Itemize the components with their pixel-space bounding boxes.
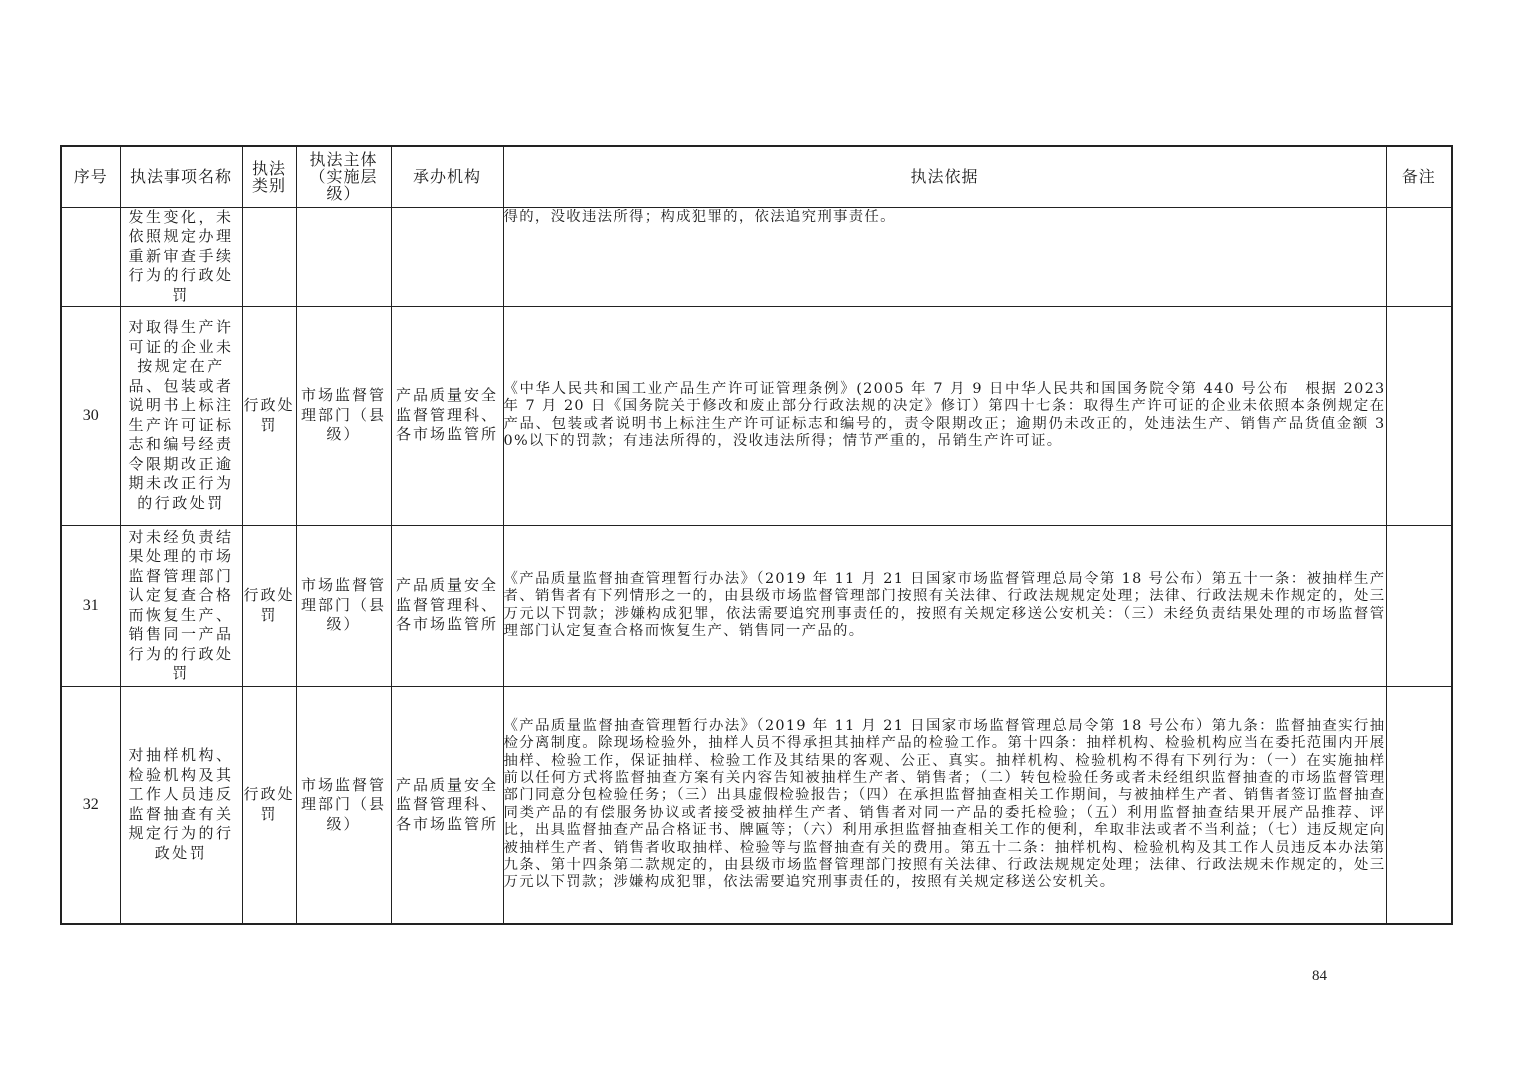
row-category: 行政处罚 — [242, 686, 296, 924]
header-category-line-2: 类别 — [243, 177, 296, 194]
header-category: 执法 类别 — [242, 146, 296, 207]
document-page: 序号 执法事项名称 执法 类别 执法主体 （实施层 级） 承办机构 执法依据 备… — [0, 0, 1520, 1074]
table-row: 32 对抽样机构、检验机构及其工作人员违反监督抽查有关规定行为的行政处罚 行政处… — [61, 686, 1452, 924]
row-basis: 得的，没收违法所得；构成犯罪的，依法追究刑事责任。 — [503, 207, 1386, 306]
row-name: 对取得生产许可证的企业未按规定在产品、包装或者说明书上标注生产许可证标志和编号经… — [120, 306, 242, 525]
row-seq: 32 — [61, 686, 120, 924]
row-note — [1386, 207, 1452, 306]
row-basis: 《产品质量监督抽查管理暂行办法》（2019 年 11 月 21 日国家市场监督管… — [503, 525, 1386, 686]
row-seq — [61, 207, 120, 306]
header-seq: 序号 — [61, 146, 120, 207]
row-subject: 市场监督管理部门（县级） — [296, 686, 391, 924]
header-note: 备注 — [1386, 146, 1452, 207]
row-org — [391, 207, 503, 306]
row-basis: 《产品质量监督抽查管理暂行办法》（2019 年 11 月 21 日国家市场监督管… — [503, 686, 1386, 924]
row-name: 发生变化，未依照规定办理重新审查手续行为的行政处罚 — [120, 207, 242, 306]
header-subject: 执法主体 （实施层 级） — [296, 146, 391, 207]
table-row: 发生变化，未依照规定办理重新审查手续行为的行政处罚 得的，没收违法所得；构成犯罪… — [61, 207, 1452, 306]
row-note — [1386, 686, 1452, 924]
page-number: 84 — [1312, 968, 1327, 985]
row-category — [242, 207, 296, 306]
row-seq: 30 — [61, 306, 120, 525]
row-name: 对抽样机构、检验机构及其工作人员违反监督抽查有关规定行为的行政处罚 — [120, 686, 242, 924]
row-org: 产品质量安全监督管理科、各市场监管所 — [391, 686, 503, 924]
law-enforcement-table: 序号 执法事项名称 执法 类别 执法主体 （实施层 级） 承办机构 执法依据 备… — [60, 145, 1453, 925]
row-seq: 31 — [61, 525, 120, 686]
row-category: 行政处罚 — [242, 525, 296, 686]
table-row: 31 对未经负责结果处理的市场监督管理部门认定复查合格而恢复生产、销售同一产品行… — [61, 525, 1452, 686]
row-subject — [296, 207, 391, 306]
header-category-line-1: 执法 — [243, 160, 296, 177]
row-org: 产品质量安全监督管理科、各市场监管所 — [391, 525, 503, 686]
row-note — [1386, 306, 1452, 525]
row-name: 对未经负责结果处理的市场监督管理部门认定复查合格而恢复生产、销售同一产品行为的行… — [120, 525, 242, 686]
table-row: 30 对取得生产许可证的企业未按规定在产品、包装或者说明书上标注生产许可证标志和… — [61, 306, 1452, 525]
row-subject: 市场监督管理部门（县级） — [296, 525, 391, 686]
row-org: 产品质量安全监督管理科、各市场监管所 — [391, 306, 503, 525]
row-subject: 市场监督管理部门（县级） — [296, 306, 391, 525]
row-note — [1386, 525, 1452, 686]
header-name: 执法事项名称 — [120, 146, 242, 207]
header-subject-line-3: 级） — [297, 185, 391, 202]
row-category: 行政处罚 — [242, 306, 296, 525]
table-header-row: 序号 执法事项名称 执法 类别 执法主体 （实施层 级） 承办机构 执法依据 备… — [61, 146, 1452, 207]
row-basis: 《中华人民共和国工业产品生产许可证管理条例》(2005 年 7 月 9 日中华人… — [503, 306, 1386, 525]
header-subject-line-1: 执法主体 — [297, 151, 391, 168]
header-org: 承办机构 — [391, 146, 503, 207]
header-subject-line-2: （实施层 — [297, 168, 391, 185]
header-basis: 执法依据 — [503, 146, 1386, 207]
